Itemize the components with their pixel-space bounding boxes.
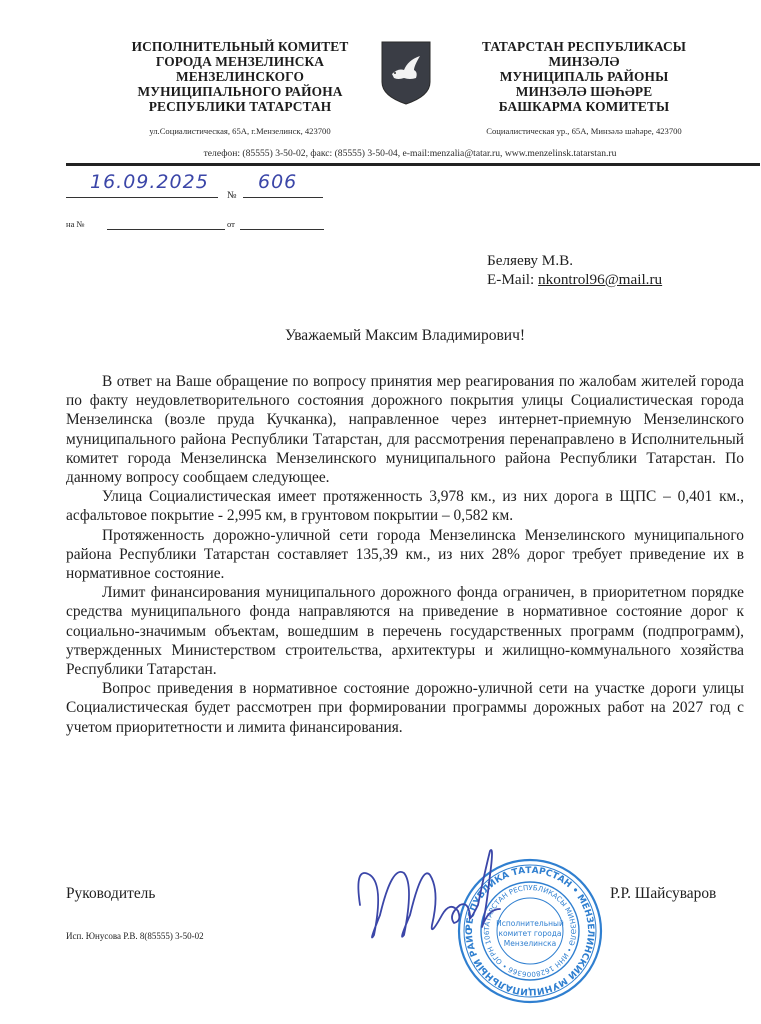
addressee-name: Беляеву М.В. (487, 251, 747, 270)
registration-number: 606 (258, 171, 297, 193)
letterhead-divider (66, 163, 760, 166)
body-paragraph: Лимит финансирования муниципального доро… (66, 583, 744, 679)
addressee-email-label: E-Mail: (487, 271, 534, 288)
body-paragraph: Вопрос приведения в нормативное состояни… (66, 679, 744, 737)
addressee-email-line: E-Mail: nkontrol96@mail.ru (487, 270, 747, 289)
letterhead-left-line: РЕСПУБЛИКИ ТАТАРСТАН (100, 99, 380, 114)
letterhead-left-line: ИСПОЛНИТЕЛЬНЫЙ КОМИТЕТ (100, 39, 380, 54)
body-paragraph: В ответ на Ваше обращение по вопросу при… (66, 372, 744, 487)
body-paragraph: Протяженность дорожно-уличной сети город… (66, 526, 744, 584)
body-paragraph: Улица Социалистическая имеет протяженнос… (66, 487, 744, 525)
greeting: Уважаемый Максим Владимирович! (60, 327, 750, 345)
letterhead-left: ИСПОЛНИТЕЛЬНЫЙ КОМИТЕТ ГОРОДА МЕНЗЕЛИНСК… (100, 39, 380, 114)
letterhead-left-line: ГОРОДА МЕНЗЕЛИНСКА (100, 54, 380, 69)
signatory-name: Р.Р. Шайсуваров (610, 885, 716, 903)
addressee-block: Беляеву М.В. E-Mail: nkontrol96@mail.ru (487, 251, 747, 289)
registration-number-label: № (227, 190, 237, 201)
letterhead-left-line: МЕНЗЕЛИНСКОГО (100, 69, 380, 84)
letterhead-right-line: МУНИЦИПАЛЬ РАЙОНЫ (448, 69, 720, 84)
signatory-title: Руководитель (66, 885, 155, 903)
executor-info: Исп. Юнусова Р.В. 8(85555) 3-50-02 (66, 931, 204, 941)
letter-body: В ответ на Ваше обращение по вопросу при… (66, 372, 744, 737)
letterhead-right: ТАТАРСТАН РЕСПУБЛИКАСЫ МИНЗӘЛӘ МУНИЦИПАЛ… (448, 39, 720, 114)
addressee-email-link[interactable]: nkontrol96@mail.ru (538, 271, 662, 288)
letterhead-right-line: МИНЗӘЛӘ ШӘҺӘРЕ (448, 84, 720, 99)
letterhead-right-line: МИНЗӘЛӘ (448, 54, 720, 69)
letterhead-left-address: ул.Социалистическая, 65А, г.Мензелинск, … (100, 126, 380, 136)
coat-of-arms-icon (378, 38, 434, 108)
reference-from-label: от (227, 219, 235, 229)
letterhead-left-line: МУНИЦИПАЛЬНОГО РАЙОНА (100, 84, 380, 99)
registration-date: 16.09.2025 (90, 171, 209, 193)
reference-number-label: на № (66, 219, 85, 229)
reference-from-field (240, 221, 324, 230)
letterhead-right-address: Социалистическая ур., 65А, Минзәлә шәһәр… (448, 126, 720, 136)
reference-number-field (107, 221, 225, 230)
letterhead-contacts: телефон: (85555) 3-50-02, факс: (85555) … (60, 148, 760, 159)
handwritten-signature-icon (350, 845, 510, 955)
letterhead-right-line: БАШКАРМА КОМИТЕТЫ (448, 99, 720, 114)
svg-text:Мензелинска: Мензелинска (504, 939, 556, 948)
letterhead-right-line: ТАТАРСТАН РЕСПУБЛИКАСЫ (448, 39, 720, 54)
